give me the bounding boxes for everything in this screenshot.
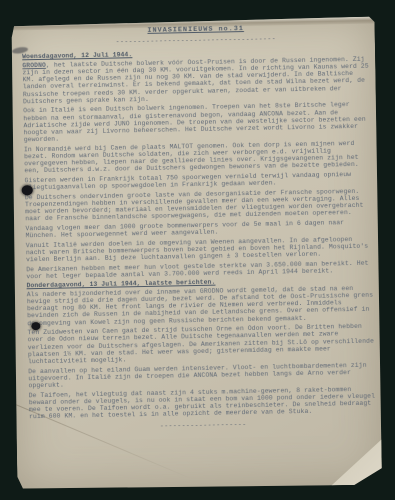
paragraph: Als nadere bijzonderheid over de inname …	[27, 285, 376, 327]
paragraph: Vanuit Italië werden doelen in de omgevi…	[26, 235, 374, 263]
page-title: INVASIENIEUWS no.31	[147, 26, 244, 35]
paragraph-text: Ten Zuidwesten van Caen gaat de strijd t…	[27, 323, 374, 365]
paragraph-text: De Duitschers ondervinden groote laste v…	[25, 187, 364, 222]
paragraph-text: Ook in Italië is een Duitsch bolwerk ing…	[23, 101, 366, 143]
paragraph-text: Vanuit Italië werden doelen in de omgevi…	[26, 236, 369, 264]
photo-background: INVASIENIEUWS no.31 --------------------…	[0, 0, 395, 500]
paragraph: Ook in Italië is een Duitsch bolwerk ing…	[23, 101, 372, 143]
paragraph: Ten Zuidwesten van Caen gaat de strijd t…	[27, 323, 376, 365]
paragraph-text: In Normandië werd bij Caen de plaats MAL…	[24, 140, 359, 175]
end-separator: --------------------	[29, 419, 377, 433]
paragraph: De Duitschers ondervinden groote laste v…	[25, 187, 373, 222]
paper-corner-fold	[331, 438, 384, 485]
paragraph: GRODNO, het laatste Duitsche bolwerk vóó…	[22, 56, 371, 106]
paragraph-text: De Taifoen, het vliegtuig dat naast zijn…	[29, 386, 375, 421]
paragraph-text: De aanvallen op het eiland Guam werden i…	[28, 361, 366, 389]
paragraph: De aanvallen op het eiland Guam werden i…	[28, 361, 376, 389]
typewritten-content: INVASIENIEUWS no.31 --------------------…	[22, 23, 378, 433]
document-page: INVASIENIEUWS no.31 --------------------…	[9, 17, 384, 492]
paragraph: In Normandië werd bij Caen de plaats MAL…	[24, 139, 372, 174]
paragraph-text: Als nadere bijzonderheid over de inname …	[27, 285, 373, 327]
paragraph: De Taifoen, het vliegtuig dat naast zijn…	[29, 385, 377, 420]
paragraph-text: , het laatste Duitsche bolwerk vóór Oost…	[22, 56, 368, 105]
